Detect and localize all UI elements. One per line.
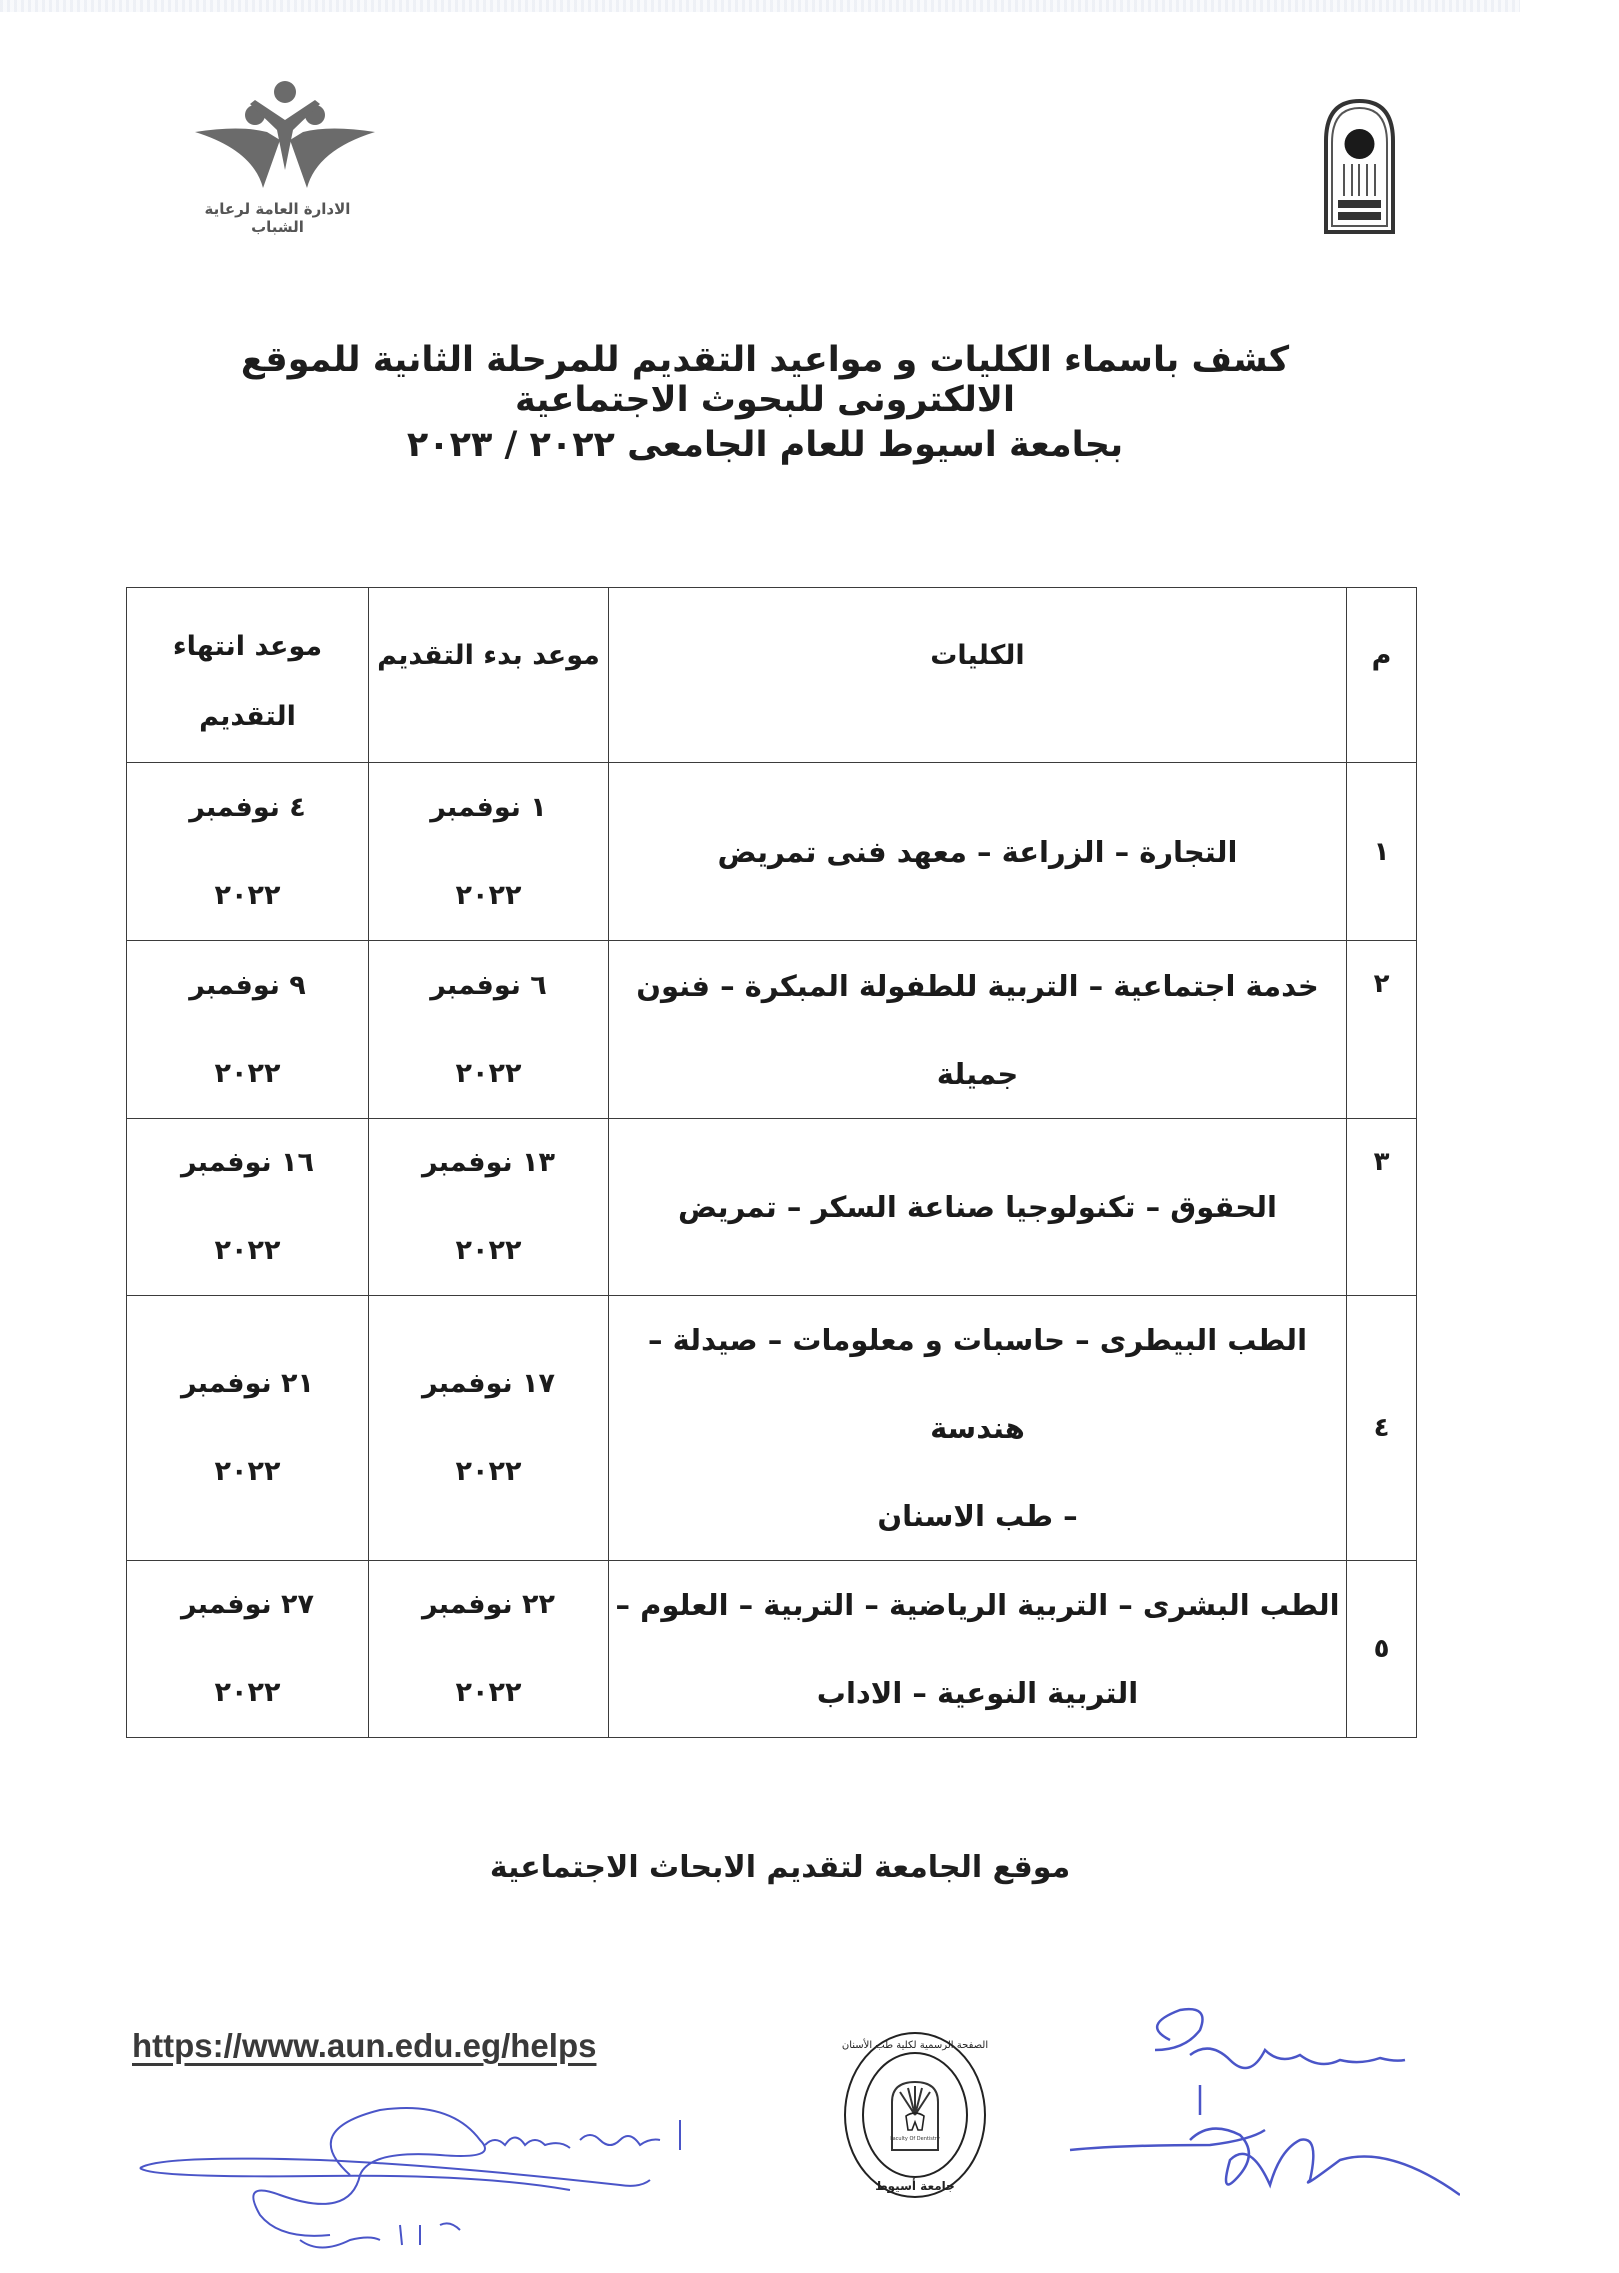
row-number: ٢ [1347,941,1417,1119]
row-faculties: الطب البيطرى – حاسبات و معلومات – صيدلة … [609,1296,1347,1561]
document-title: كشف باسماء الكليات و مواعيد التقديم للمر… [150,340,1380,420]
assiut-university-emblem-icon [1322,96,1397,236]
row-start-date: ١٣ نوفمبر٢٠٢٢ [369,1119,609,1296]
row-start-date: ١ نوفمبر٢٠٢٢ [369,763,609,941]
row-faculties: التجارة – الزراعة – معهد فنى تمريض [609,763,1347,941]
row-start-date: ٦ نوفمبر٢٠٢٢ [369,941,609,1119]
svg-text:جامعة أسيوط: جامعة أسيوط [875,2178,955,2194]
row-end-date: ٩ نوفمبر٢٠٢٢ [127,941,369,1119]
faculties-line: الطب البيطرى – حاسبات و معلومات – صيدلة … [609,1296,1346,1384]
header-end-label-2: التقديم [127,682,368,752]
faculties-line: التجارة – الزراعة – معهد فنى تمريض [609,808,1346,896]
row-end-date: ٤ نوفمبر٢٠٢٢ [127,763,369,941]
end-day: ١٦ نوفمبر [127,1119,368,1207]
header-faculties: الكليات [609,588,1347,763]
header-start-label: موعد بدء التقديم [377,640,600,671]
signature-left-icon [120,2100,760,2270]
end-day: ٢٧ نوفمبر [127,1561,368,1649]
row-faculties: خدمة اجتماعية – التربية للطفولة المبكرة … [609,941,1347,1119]
row-end-date: ١٦ نوفمبر٢٠٢٢ [127,1119,369,1296]
faculties-line: التربية النوعية – الاداب [609,1649,1346,1737]
table-row: ٤ الطب البيطرى – حاسبات و معلومات – صيدل… [127,1296,1417,1561]
row-faculties: الحقوق – تكنولوجيا صناعة السكر – تمريض [609,1119,1347,1296]
end-year: ٢٠٢٢ [127,1649,368,1737]
end-day: ٢١ نوفمبر [127,1340,368,1428]
header-faculties-label: الكليات [930,640,1024,671]
end-year: ٢٠٢٢ [127,1428,368,1516]
row-number: ٣ [1347,1119,1417,1296]
table-row: ١ التجارة – الزراعة – معهد فنى تمريض ١ ن… [127,763,1417,941]
faculties-line: خدمة اجتماعية – التربية للطفولة المبكرة … [609,942,1346,1118]
end-year: ٢٠٢٢ [127,1207,368,1295]
faculties-line: الطب البشرى – التربية الرياضية – التربية… [609,1561,1346,1649]
row-start-date: ١٧ نوفمبر٢٠٢٢ [369,1296,609,1561]
row-faculties: الطب البشرى – التربية الرياضية – التربية… [609,1561,1347,1738]
svg-text:الصفحة الرسمية لكلية طب الأسنا: الصفحة الرسمية لكلية طب الأسنان [842,2038,988,2051]
table-row: ٥ الطب البشرى – التربية الرياضية – الترب… [127,1561,1417,1738]
table-header-row: م الكليات موعد بدء التقديم موعد انتهاء ا… [127,588,1417,763]
start-day: ٢٢ نوفمبر [369,1561,608,1649]
header-num-label: م [1372,640,1392,671]
header-end: موعد انتهاء التقديم [127,588,369,763]
start-year: ٢٠٢٢ [369,1207,608,1295]
start-year: ٢٠٢٢ [369,1428,608,1516]
table-row: ٢ خدمة اجتماعية – التربية للطفولة المبكر… [127,941,1417,1119]
row-end-date: ٢٧ نوفمبر٢٠٢٢ [127,1561,369,1738]
end-year: ٢٠٢٢ [127,1030,368,1118]
schedule-table: م الكليات موعد بدء التقديم موعد انتهاء ا… [126,587,1417,1738]
start-year: ٢٠٢٢ [369,1030,608,1118]
start-day: ١٣ نوفمبر [369,1119,608,1207]
signature-right-icon [1060,1990,1460,2200]
end-day: ٩ نوفمبر [127,942,368,1030]
document-subtitle: بجامعة اسيوط للعام الجامعى ٢٠٢٢ / ٢٠٢٣ [150,425,1380,465]
end-day: ٤ نوفمبر [127,764,368,852]
svg-text:Faculty Of Dentistry: Faculty Of Dentistry [890,2136,940,2142]
start-year: ٢٠٢٢ [369,852,608,940]
header-num: م [1347,588,1417,763]
scan-edge [0,0,1520,12]
row-end-date: ٢١ نوفمبر٢٠٢٢ [127,1296,369,1561]
start-day: ١٧ نوفمبر [369,1340,608,1428]
row-number: ٤ [1347,1296,1417,1561]
logo-left-caption: الادارة العامة لرعاية الشباب [185,200,370,236]
header-start: موعد بدء التقديم [369,588,609,763]
start-day: ٦ نوفمبر [369,942,608,1030]
row-number: ١ [1347,763,1417,941]
website-link[interactable]: https://www.aun.edu.eg/helps [132,2027,596,2065]
header-end-label-1: موعد انتهاء [127,612,368,682]
faculties-line: الحقوق – تكنولوجيا صناعة السكر – تمريض [609,1163,1346,1251]
faculties-line: – طب الاسنان [609,1472,1346,1560]
end-year: ٢٠٢٢ [127,852,368,940]
row-start-date: ٢٢ نوفمبر٢٠٢٢ [369,1561,609,1738]
faculties-line: هندسة [609,1384,1346,1472]
official-stamp-icon: Faculty Of Dentistry الصفحة الرسمية لكلي… [840,2030,990,2200]
start-day: ١ نوفمبر [369,764,608,852]
website-heading: موقع الجامعة لتقديم الابحاث الاجتماعية [480,1850,1080,1885]
start-year: ٢٠٢٢ [369,1649,608,1737]
row-number: ٥ [1347,1561,1417,1738]
table-row: ٣ الحقوق – تكنولوجيا صناعة السكر – تمريض… [127,1119,1417,1296]
